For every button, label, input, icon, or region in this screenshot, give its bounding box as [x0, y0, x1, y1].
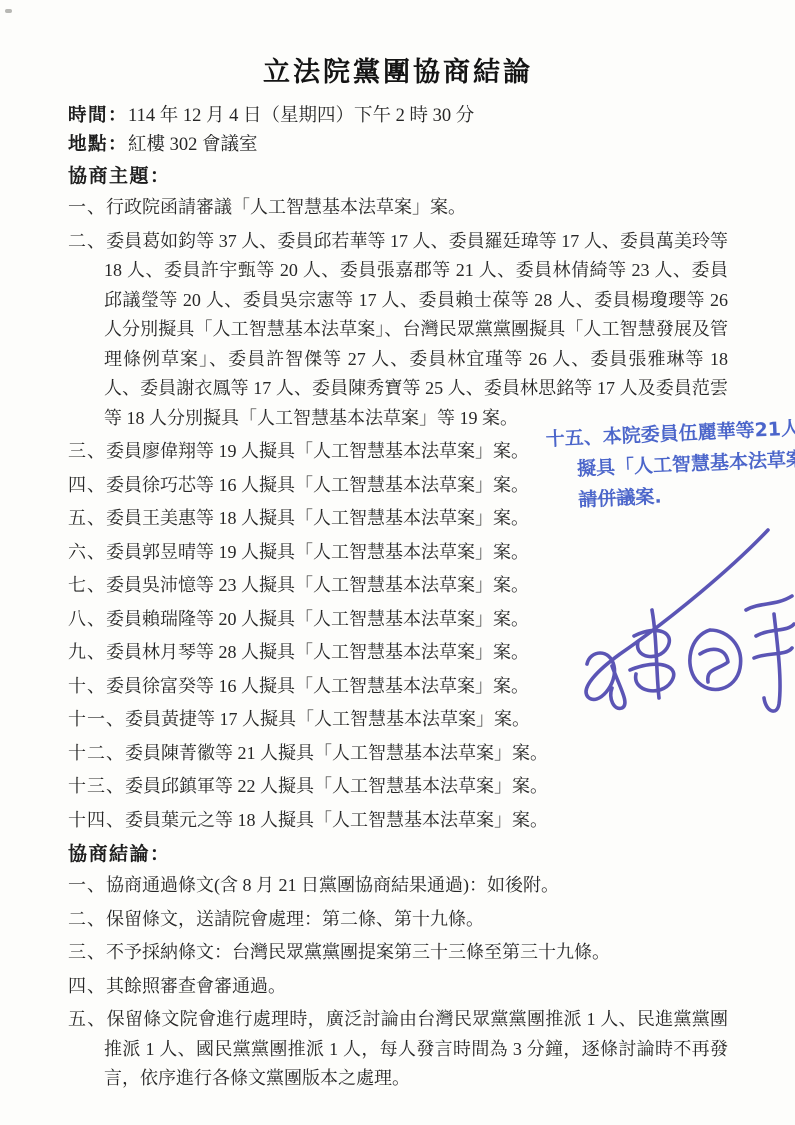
item-number: 九、 — [68, 642, 106, 662]
item-text: 委員廖偉翔等 19 人擬具「人工智慧基本法草案」案。 — [106, 441, 529, 461]
note-line-rest: 案. — [635, 486, 662, 509]
conclusions-heading: 協商結論： — [68, 839, 728, 870]
item-text: 委員葉元之等 18 人擬具「人工智慧基本法草案」案。 — [125, 810, 548, 830]
item-text: 委員葛如鈞等 37 人、委員邱若華等 17 人、委員羅廷瑋等 17 人、委員萬美… — [104, 231, 728, 428]
meta-location-label: 地點： — [68, 135, 128, 155]
item-text: 行政院函請審議「人工智慧基本法草案」案。 — [106, 197, 466, 217]
item-number: 五、 — [68, 508, 106, 528]
item-text: 委員林月琴等 28 人擬具「人工智慧基本法草案」案。 — [106, 642, 529, 662]
signature-scribble — [560, 518, 795, 723]
scanned-document-page: 立法院黨團協商結論 時間：114 年 12 月 4 日（星期四）下午 2 時 3… — [0, 0, 795, 1125]
item-text: 保留條文院會進行處理時，廣泛討論由台灣民眾黨黨團推派 1 人、民進黨黨團推派 1… — [104, 1009, 728, 1088]
item-number: 十四、 — [68, 810, 125, 830]
item-number: 四、 — [68, 475, 106, 495]
meta-location: 地點：紅樓 302 會議室 — [68, 131, 728, 160]
item-number: 三、 — [68, 441, 106, 461]
topic-item: 十二、委員陳菁徽等 21 人擬具「人工智慧基本法草案」案。 — [68, 739, 728, 769]
handwritten-note: 十五、本院委員伍麗華等21人 擬具「人工智慧基本法草案」 請併議案. — [545, 412, 795, 518]
item-number: 一、 — [68, 197, 106, 217]
item-text: 協商通過條文(含 8 月 21 日黨團協商結果通過)：如後附。 — [106, 875, 559, 895]
item-text: 保留條文，送請院會處理：第二條、第十九條。 — [106, 909, 484, 929]
conclusion-item: 五、保留條文院會進行處理時，廣泛討論由台灣民眾黨黨團推派 1 人、民進黨黨團推派… — [68, 1005, 728, 1094]
page-title: 立法院黨團協商結論 — [68, 50, 728, 89]
item-text: 委員徐巧芯等 16 人擬具「人工智慧基本法草案」案。 — [106, 475, 529, 495]
topic-item: 一、行政院函請審議「人工智慧基本法草案」案。 — [68, 193, 728, 223]
topic-item: 二、委員葛如鈞等 37 人、委員邱若華等 17 人、委員羅廷瑋等 17 人、委員… — [68, 227, 728, 434]
conclusion-item: 四、其餘照審查會審通過。 — [68, 972, 728, 1002]
item-text: 不予採納條文：台灣民眾黨黨團提案第三十三條至第三十九條。 — [106, 942, 610, 962]
item-text: 委員王美惠等 18 人擬具「人工智慧基本法草案」案。 — [106, 508, 529, 528]
item-number: 二、 — [68, 909, 106, 929]
item-number: 十三、 — [68, 776, 125, 796]
topic-item: 十四、委員葉元之等 18 人擬具「人工智慧基本法草案」案。 — [68, 806, 728, 836]
item-text: 委員徐富癸等 16 人擬具「人工智慧基本法草案」案。 — [106, 676, 529, 696]
item-number: 八、 — [68, 609, 106, 629]
conclusion-item: 二、保留條文，送請院會處理：第二條、第十九條。 — [68, 905, 728, 935]
item-text: 委員賴瑞隆等 20 人擬具「人工智慧基本法草案」案。 — [106, 609, 529, 629]
item-text: 委員黃捷等 17 人擬具「人工智慧基本法草案」案。 — [125, 709, 530, 729]
item-text: 其餘照審查會審通過。 — [106, 976, 286, 996]
item-number: 二、 — [68, 231, 106, 251]
meta-time-value: 114 年 12 月 4 日（星期四）下午 2 時 30 分 — [128, 106, 474, 126]
scan-artifact — [5, 9, 12, 13]
item-number: 十一、 — [68, 709, 125, 729]
item-number: 一、 — [68, 875, 106, 895]
meta-time-label: 時間： — [68, 106, 128, 126]
item-number: 十二、 — [68, 743, 125, 763]
conclusion-item: 三、不予採納條文：台灣民眾黨黨團提案第三十三條至第三十九條。 — [68, 938, 728, 968]
conclusion-item: 一、協商通過條文(含 8 月 21 日黨團協商結果通過)：如後附。 — [68, 871, 728, 901]
item-text: 委員吳沛憶等 23 人擬具「人工智慧基本法草案」案。 — [106, 575, 529, 595]
item-number: 五、 — [68, 1009, 107, 1029]
struck-text: 請併議 — [578, 487, 636, 511]
meta-location-value: 紅樓 302 會議室 — [128, 135, 258, 155]
topics-heading: 協商主題： — [68, 161, 728, 192]
item-number: 三、 — [68, 942, 106, 962]
topic-item: 十三、委員邱鎮軍等 22 人擬具「人工智慧基本法草案」案。 — [68, 772, 728, 802]
item-text: 委員陳菁徽等 21 人擬具「人工智慧基本法草案」案。 — [125, 743, 548, 763]
meta-time: 時間：114 年 12 月 4 日（星期四）下午 2 時 30 分 — [68, 102, 728, 131]
item-number: 六、 — [68, 542, 106, 562]
item-number: 四、 — [68, 976, 106, 996]
item-text: 委員郭昱晴等 19 人擬具「人工智慧基本法草案」案。 — [106, 542, 529, 562]
item-number: 七、 — [68, 575, 106, 595]
item-text: 委員邱鎮軍等 22 人擬具「人工智慧基本法草案」案。 — [125, 776, 548, 796]
item-number: 十、 — [68, 676, 106, 696]
